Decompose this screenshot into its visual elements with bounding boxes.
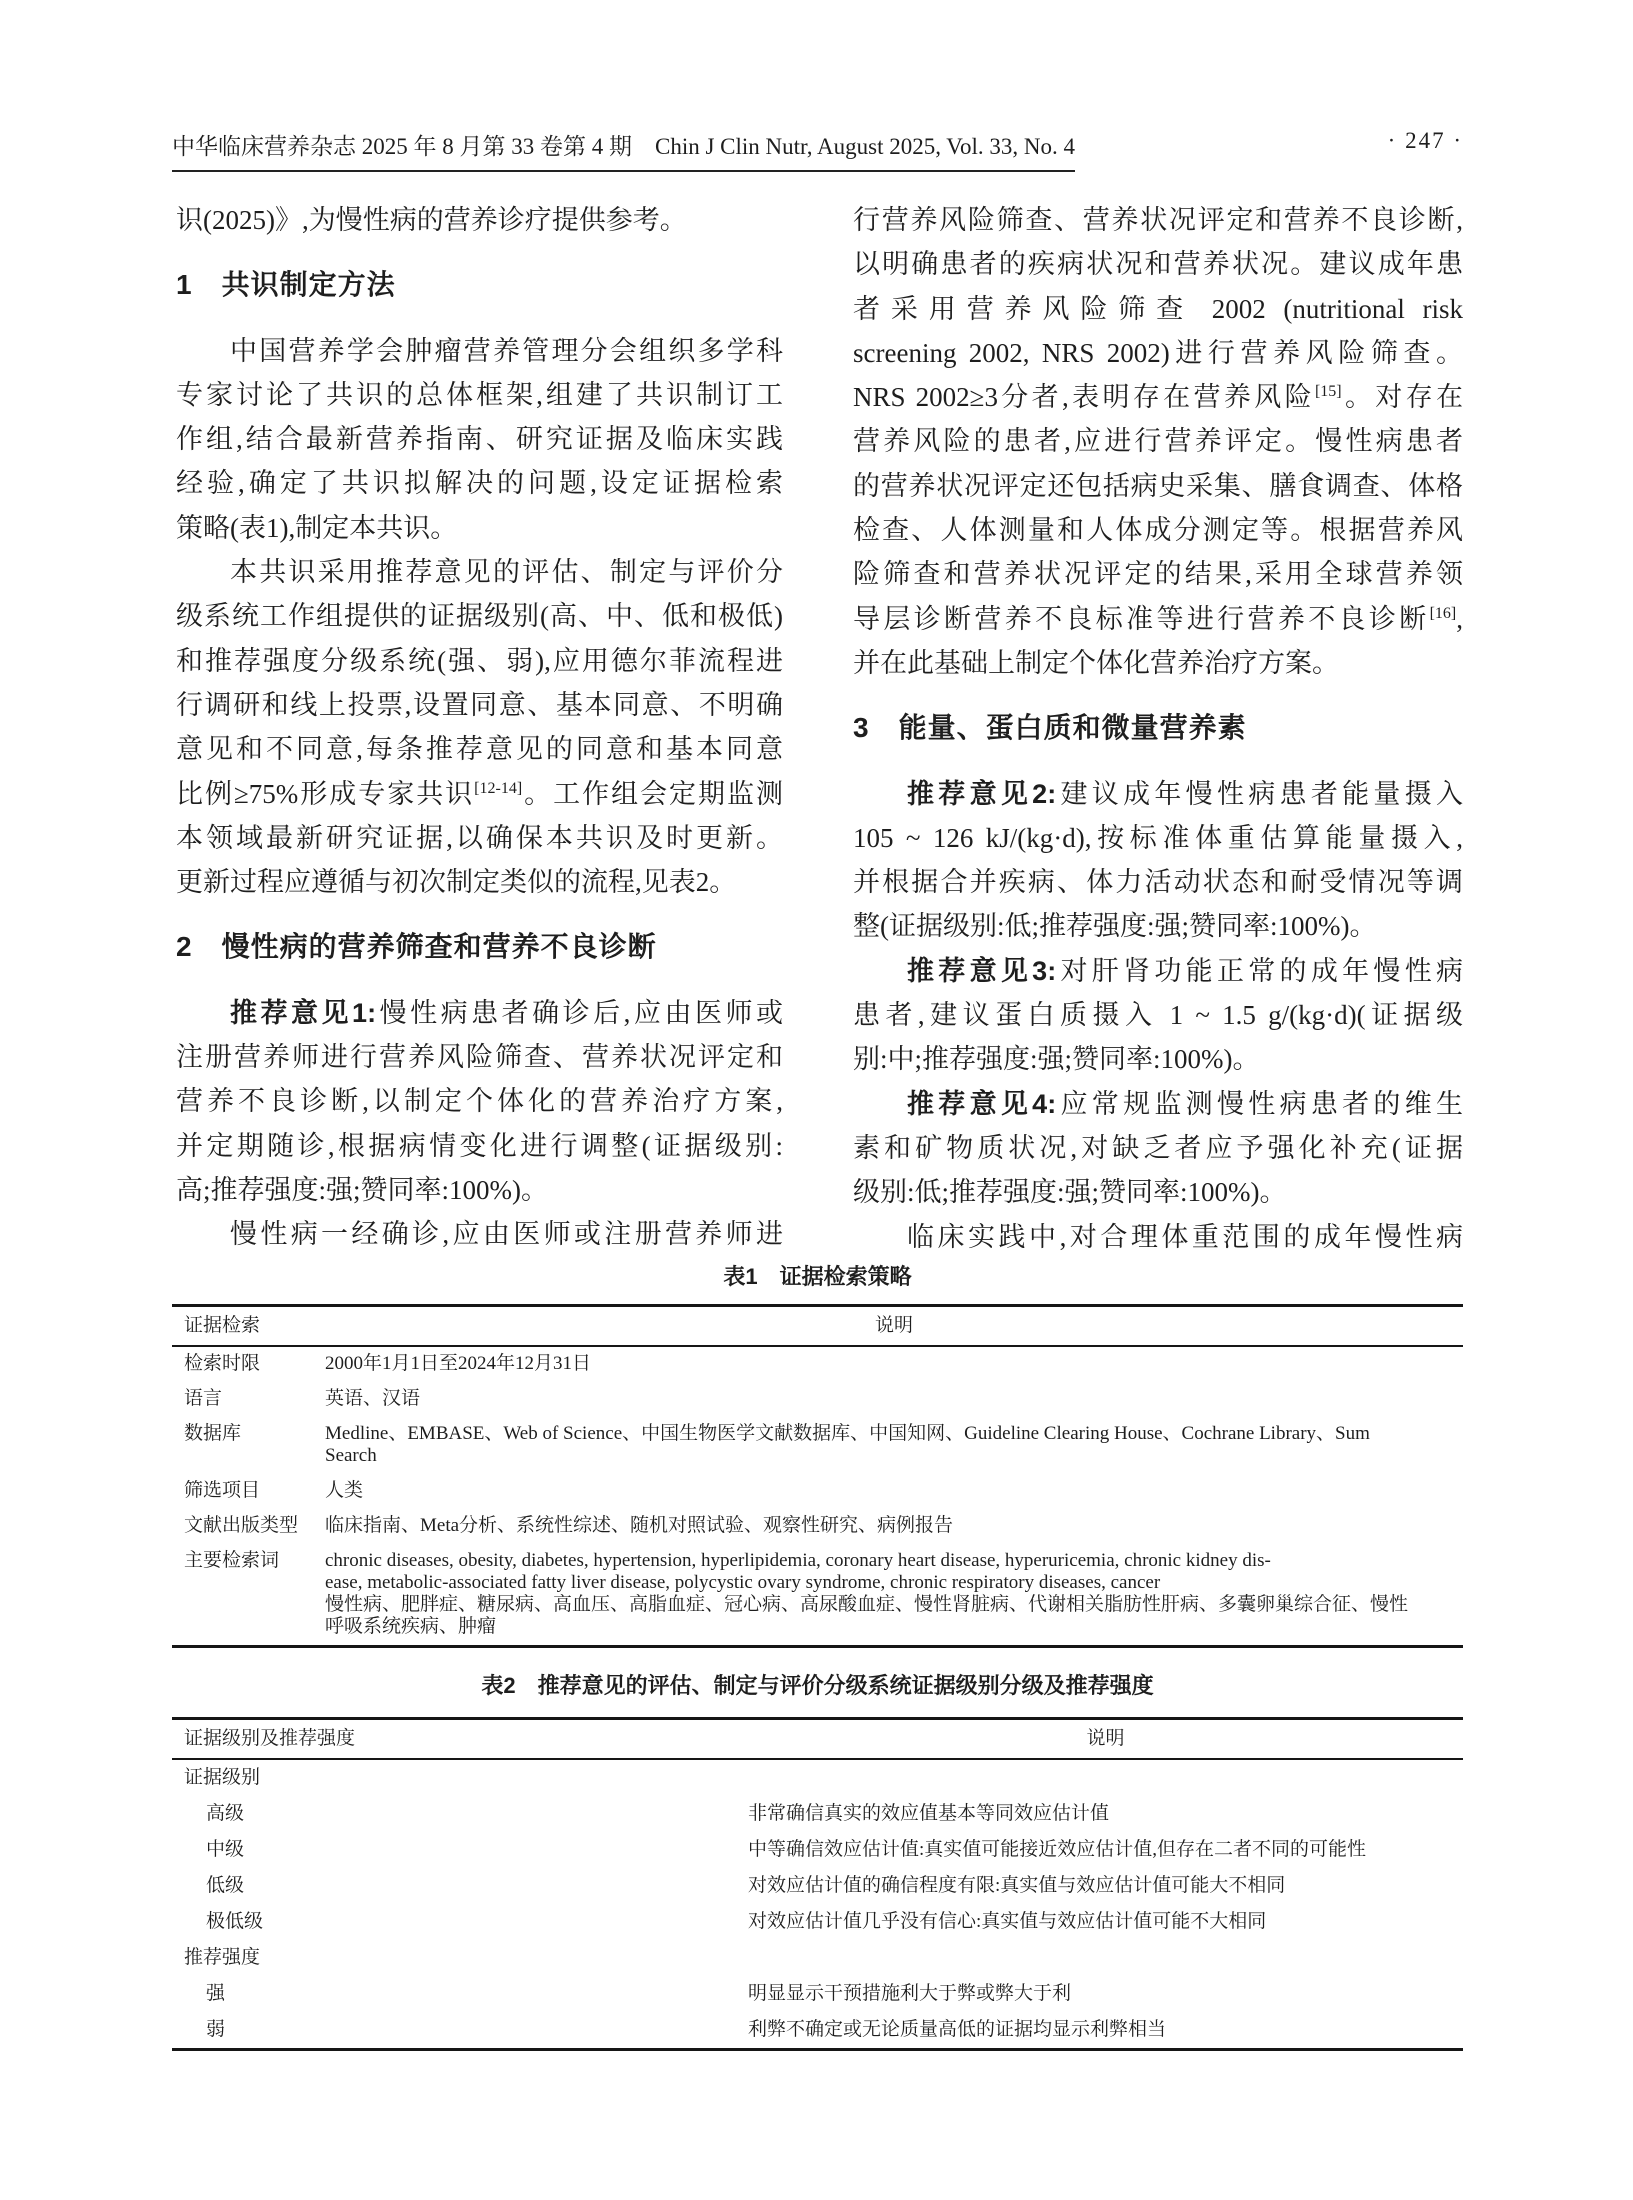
text-segment: 高;推荐强度:强;赞同率:100%)。 <box>176 1175 548 1205</box>
row-value: 中等确信效应估计值:真实值可能接近效应估计值,但存在二者不同的可能性 <box>748 1839 1463 1861</box>
text-segment: 策略(表1),制定本共识。 <box>176 513 457 543</box>
body-text-line: 素和矿物质状况,对缺乏者应予强化补充(证据 <box>853 1126 1463 1170</box>
body-text-line: screening 2002, NRS 2002)进行营养风险筛查。 <box>853 331 1463 375</box>
body-text-line: 行调研和线上投票,设置同意、基本同意、不明确 <box>176 683 783 727</box>
text-segment: 行调研和线上投票,设置同意、基本同意、不明确 <box>176 690 783 720</box>
body-text-line: 级系统工作组提供的证据级别(高、中、低和极低) <box>176 594 783 638</box>
row-value-line: ease, metabolic-associated fatty liver d… <box>325 1572 1463 1594</box>
body-text-line: 专家讨论了共识的总体框架,组建了共识制订工 <box>176 373 783 417</box>
row-value-line: 非常确信真实的效应值基本等同效应估计值 <box>748 1803 1463 1825</box>
citation-superscript: [16] <box>1430 605 1457 622</box>
body-text-line: 比例≥75%形成专家共识[12-14]。工作组会定期监测 <box>176 772 783 816</box>
text-segment: 2 慢性病的营养筛查和营养不良诊断 <box>176 931 657 962</box>
text-segment: 和推荐强度分级系统(强、弱),应用德尔菲流程进 <box>176 646 783 676</box>
body-text-line: 和推荐强度分级系统(强、弱),应用德尔菲流程进 <box>176 639 783 683</box>
body-text-line: 105 ~ 126 kJ/(kg·d),按标准体重估算能量摄入, <box>853 816 1463 860</box>
text-segment: 并定期随诊,根据病情变化进行调整(证据级别: <box>176 1131 783 1161</box>
body-text-line: 并根据合并疾病、体力活动状态和耐受情况等调 <box>853 860 1463 904</box>
body-text-line: 险筛查和营养状况评定的结果,采用全球营养领 <box>853 552 1463 596</box>
text-segment: 并根据合并疾病、体力活动状态和耐受情况等调 <box>853 867 1463 897</box>
table2-header-row: 证据级别及推荐强度 说明 <box>172 1720 1463 1760</box>
row-label: 数据库 <box>172 1423 325 1467</box>
text-segment: 作组,结合最新营养指南、研究证据及临床实践 <box>176 424 783 454</box>
body-text-line: 并定期随诊,根据病情变化进行调整(证据级别: <box>176 1124 783 1168</box>
text-segment: screening 2002, NRS 2002)进行营养风险筛查。 <box>853 338 1463 368</box>
row-value-line: 2000年1月1日至2024年12月31日 <box>325 1353 1463 1375</box>
table-row: 推荐强度 <box>172 1940 1463 1976</box>
row-group-label: 推荐强度 <box>172 1947 748 1969</box>
table-row: 主要检索词chronic diseases, obesity, diabetes… <box>172 1544 1463 1645</box>
row-group-label: 证据级别 <box>172 1767 748 1789</box>
row-label: 中级 <box>172 1839 748 1861</box>
text-segment: 建议成年慢性病患者能量摄入 <box>1056 779 1463 809</box>
table1-header-row: 证据检索 说明 <box>172 1307 1463 1347</box>
body-text-line: 行营养风险筛查、营养状况评定和营养不良诊断, <box>853 198 1463 242</box>
row-value-line: 临床指南、Meta分析、系统性综述、随机对照试验、观察性研究、病例报告 <box>325 1515 1463 1537</box>
text-segment: 中国营养学会肿瘤营养管理分会组织多学科 <box>230 336 783 366</box>
text-segment: 导层诊断营养不良标准等进行营养不良诊断 <box>853 604 1430 634</box>
row-value: 利弊不确定或无论质量高低的证据均显示利弊相当 <box>748 2019 1463 2041</box>
text-segment: 注册营养师进行营养风险筛查、营养状况评定和 <box>176 1042 783 1072</box>
text-segment: 营养不良诊断,以制定个体化的营养治疗方案, <box>176 1086 783 1116</box>
table-row: 弱利弊不确定或无论质量高低的证据均显示利弊相当 <box>172 2012 1463 2048</box>
text-segment: 比例≥75%形成专家共识 <box>176 779 474 809</box>
row-value-line: Search <box>325 1445 1463 1467</box>
table-row: 语言英语、汉语 <box>172 1382 1463 1417</box>
table-row: 强明显显示干预措施利大于弊或弊大于利 <box>172 1976 1463 2012</box>
text-segment: 并在此基础上制定个体化营养治疗方案。 <box>853 648 1339 678</box>
page-number: · 247 · <box>1388 128 1463 154</box>
body-text-line: 意见和不同意,每条推荐意见的同意和基本同意 <box>176 727 783 771</box>
text-segment: 整(证据级别:低;推荐强度:强;赞同率:100%)。 <box>853 911 1376 941</box>
row-value-line: 对效应估计值几乎没有信心:真实值与效应估计值可能不大相同 <box>748 1911 1463 1933</box>
text-segment: 3 能量、蛋白质和微量营养素 <box>853 712 1247 743</box>
row-value: 明显显示干预措施利大于弊或弊大于利 <box>748 1983 1463 2005</box>
row-value: Medline、EMBASE、Web of Science、中国生物医学文献数据… <box>325 1423 1463 1467</box>
row-label: 检索时限 <box>172 1353 325 1375</box>
text-segment: 临床实践中,对合理体重范围的成年慢性病 <box>907 1222 1463 1252</box>
body-text-line: 导层诊断营养不良标准等进行营养不良诊断[16], <box>853 597 1463 641</box>
row-value-line: 英语、汉语 <box>325 1388 1463 1410</box>
text-segment: 经验,确定了共识拟解决的问题,设定证据检索 <box>176 468 783 498</box>
text-segment: 检查、人体测量和人体成分测定等。根据营养风 <box>853 515 1463 545</box>
table2-body: 证据级别高级非常确信真实的效应值基本等同效应估计值中级中等确信效应估计值:真实值… <box>172 1760 1463 2048</box>
text-segment: 营养风险的患者,应进行营养评定。慢性病患者 <box>853 426 1463 456</box>
text-segment: 识(2025)》,为慢性病的营养诊疗提供参考。 <box>176 205 687 235</box>
body-text-line: 临床实践中,对合理体重范围的成年慢性病 <box>853 1215 1463 1259</box>
row-value-line: 利弊不确定或无论质量高低的证据均显示利弊相当 <box>748 2019 1463 2041</box>
text-segment: 级系统工作组提供的证据级别(高、中、低和极低) <box>176 601 783 631</box>
journal-page: 中华临床营养杂志 2025 年 8 月第 33 卷第 4 期 Chin J Cl… <box>0 0 1633 2200</box>
body-text-line: 检查、人体测量和人体成分测定等。根据营养风 <box>853 508 1463 552</box>
body-text-line: 营养风险的患者,应进行营养评定。慢性病患者 <box>853 419 1463 463</box>
right-text-column: 行营养风险筛查、营养状况评定和营养不良诊断,以明确患者的疾病状况和营养状况。建议… <box>853 198 1463 1259</box>
table1-body: 检索时限2000年1月1日至2024年12月31日语言英语、汉语数据库Medli… <box>172 1347 1463 1645</box>
row-value-line: 人类 <box>325 1480 1463 1502</box>
table-row: 筛选项目人类 <box>172 1474 1463 1509</box>
row-value-line: 中等确信效应估计值:真实值可能接近效应估计值,但存在二者不同的可能性 <box>748 1839 1463 1861</box>
text-segment: , <box>1456 604 1463 634</box>
body-text-line: 推荐意见3:对肝肾功能正常的成年慢性病 <box>853 949 1463 993</box>
text-segment: 对肝肾功能正常的成年慢性病 <box>1056 956 1463 986</box>
row-value: 人类 <box>325 1480 1463 1502</box>
row-value: 对效应估计值的确信程度有限:真实值与效应估计值可能大不相同 <box>748 1875 1463 1897</box>
body-text-line: 策略(表1),制定本共识。 <box>176 506 783 550</box>
left-text-column: 识(2025)》,为慢性病的营养诊疗提供参考。1 共识制定方法中国营养学会肿瘤营… <box>176 198 783 1257</box>
row-value: chronic diseases, obesity, diabetes, hyp… <box>325 1550 1463 1638</box>
text-segment: 专家讨论了共识的总体框架,组建了共识制订工 <box>176 380 783 410</box>
section-heading: 3 能量、蛋白质和微量营养素 <box>853 706 1463 750</box>
table2-col1-header: 证据级别及推荐强度 <box>172 1728 748 1750</box>
row-value: 对效应估计值几乎没有信心:真实值与效应估计值可能不大相同 <box>748 1911 1463 1933</box>
table-row: 证据级别 <box>172 1760 1463 1796</box>
row-label: 高级 <box>172 1803 748 1825</box>
table-2: 证据级别及推荐强度 说明 证据级别高级非常确信真实的效应值基本等同效应估计值中级… <box>172 1717 1463 2051</box>
table-row: 检索时限2000年1月1日至2024年12月31日 <box>172 1347 1463 1382</box>
body-text-line: NRS 2002≥3分者,表明存在营养风险[15]。对存在 <box>853 375 1463 419</box>
body-text-line: 本共识采用推荐意见的评估、制定与评价分 <box>176 550 783 594</box>
row-value-line: 慢性病、肥胖症、糖尿病、高血压、高脂血症、冠心病、高尿酸血症、慢性肾脏病、代谢相… <box>325 1594 1463 1616</box>
text-segment: 推荐意见2: <box>907 779 1056 809</box>
citation-superscript: [15] <box>1315 383 1342 400</box>
body-text-line: 的营养状况评定还包括病史采集、膳食调查、体格 <box>853 464 1463 508</box>
body-text-line: 者采用营养风险筛查 2002 (nutritional risk <box>853 287 1463 331</box>
body-text-line: 注册营养师进行营养风险筛查、营养状况评定和 <box>176 1035 783 1079</box>
body-text-line: 作组,结合最新营养指南、研究证据及临床实践 <box>176 417 783 461</box>
body-text-line: 本领域最新研究证据,以确保本共识及时更新。 <box>176 816 783 860</box>
journal-citation: 中华临床营养杂志 2025 年 8 月第 33 卷第 4 期 Chin J Cl… <box>172 128 1075 172</box>
body-text-line: 营养不良诊断,以制定个体化的营养治疗方案, <box>176 1079 783 1123</box>
body-text-line: 经验,确定了共识拟解决的问题,设定证据检索 <box>176 461 783 505</box>
row-value-line: 对效应估计值的确信程度有限:真实值与效应估计值可能大不相同 <box>748 1875 1463 1897</box>
table1-caption: 表1 证据检索策略 <box>172 1262 1463 1292</box>
table-row: 数据库Medline、EMBASE、Web of Science、中国生物医学文… <box>172 1417 1463 1474</box>
table1-col2-header: 说明 <box>325 1315 1463 1337</box>
table2-col2-header: 说明 <box>748 1728 1463 1750</box>
body-text-line: 中国营养学会肿瘤营养管理分会组织多学科 <box>176 329 783 373</box>
table-row: 低级对效应估计值的确信程度有限:真实值与效应估计值可能大不相同 <box>172 1868 1463 1904</box>
body-text-line: 高;推荐强度:强;赞同率:100%)。 <box>176 1168 783 1212</box>
body-text-line: 推荐意见2:建议成年慢性病患者能量摄入 <box>853 772 1463 816</box>
text-segment: 本领域最新研究证据,以确保本共识及时更新。 <box>176 823 783 853</box>
text-segment: 以明确患者的疾病状况和营养状况。建议成年患 <box>853 249 1463 279</box>
row-value <box>748 1947 1463 1969</box>
text-segment: 应常规监测慢性病患者的维生 <box>1056 1089 1463 1119</box>
body-text-line: 识(2025)》,为慢性病的营养诊疗提供参考。 <box>176 198 783 242</box>
body-text-line: 慢性病一经确诊,应由医师或注册营养师进 <box>176 1212 783 1256</box>
text-segment: 。工作组会定期监测 <box>522 779 783 809</box>
table-row: 文献出版类型临床指南、Meta分析、系统性综述、随机对照试验、观察性研究、病例报… <box>172 1509 1463 1544</box>
body-text-line: 患者,建议蛋白质摄入 1 ~ 1.5 g/(kg·d)(证据级 <box>853 993 1463 1037</box>
body-text-line: 以明确患者的疾病状况和营养状况。建议成年患 <box>853 242 1463 286</box>
body-text-line: 推荐意见1:慢性病患者确诊后,应由医师或 <box>176 991 783 1035</box>
page-header: 中华临床营养杂志 2025 年 8 月第 33 卷第 4 期 Chin J Cl… <box>172 128 1463 172</box>
row-value: 非常确信真实的效应值基本等同效应估计值 <box>748 1803 1463 1825</box>
text-segment: 级别:低;推荐强度:强;赞同率:100%)。 <box>853 1177 1287 1207</box>
text-segment: 患者,建议蛋白质摄入 1 ~ 1.5 g/(kg·d)(证据级 <box>853 1000 1463 1030</box>
row-label: 极低级 <box>172 1911 748 1933</box>
body-text-line: 整(证据级别:低;推荐强度:强;赞同率:100%)。 <box>853 904 1463 948</box>
text-segment: 105 ~ 126 kJ/(kg·d),按标准体重估算能量摄入, <box>853 823 1463 853</box>
text-segment: 更新过程应遵循与初次制定类似的流程,见表2。 <box>176 867 736 897</box>
row-value: 临床指南、Meta分析、系统性综述、随机对照试验、观察性研究、病例报告 <box>325 1515 1463 1537</box>
text-segment: 意见和不同意,每条推荐意见的同意和基本同意 <box>176 734 783 764</box>
body-text-line: 推荐意见4:应常规监测慢性病患者的维生 <box>853 1082 1463 1126</box>
body-text-line: 级别:低;推荐强度:强;赞同率:100%)。 <box>853 1170 1463 1214</box>
text-segment: 险筛查和营养状况评定的结果,采用全球营养领 <box>853 559 1463 589</box>
row-value-line: 呼吸系统疾病、肿瘤 <box>325 1616 1463 1638</box>
body-text-line: 并在此基础上制定个体化营养治疗方案。 <box>853 641 1463 685</box>
row-value-line: 明显显示干预措施利大于弊或弊大于利 <box>748 1983 1463 2005</box>
body-text-line: 更新过程应遵循与初次制定类似的流程,见表2。 <box>176 860 783 904</box>
section-heading: 1 共识制定方法 <box>176 263 783 307</box>
text-segment: 慢性病一经确诊,应由医师或注册营养师进 <box>230 1219 783 1249</box>
tables-area: 表1 证据检索策略 证据检索 说明 检索时限2000年1月1日至2024年12月… <box>172 1262 1463 2051</box>
row-label: 强 <box>172 1983 748 2005</box>
table-row: 高级非常确信真实的效应值基本等同效应估计值 <box>172 1796 1463 1832</box>
row-label: 筛选项目 <box>172 1480 325 1502</box>
row-label: 弱 <box>172 2019 748 2041</box>
row-label: 主要检索词 <box>172 1550 325 1638</box>
text-segment: NRS 2002≥3分者,表明存在营养风险 <box>853 382 1315 412</box>
section-heading: 2 慢性病的营养筛查和营养不良诊断 <box>176 925 783 969</box>
text-segment: 推荐意见3: <box>907 956 1056 986</box>
text-segment: 素和矿物质状况,对缺乏者应予强化补充(证据 <box>853 1133 1463 1163</box>
text-segment: 的营养状况评定还包括病史采集、膳食调查、体格 <box>853 471 1463 501</box>
body-text-line: 别:中;推荐强度:强;赞同率:100%)。 <box>853 1037 1463 1081</box>
row-value <box>748 1767 1463 1789</box>
table-row: 中级中等确信效应估计值:真实值可能接近效应估计值,但存在二者不同的可能性 <box>172 1832 1463 1868</box>
text-segment: 。对存在 <box>1342 382 1463 412</box>
text-segment: 推荐意见1: <box>230 998 376 1028</box>
text-segment: 推荐意见4: <box>907 1089 1056 1119</box>
table1-col1-header: 证据检索 <box>172 1315 325 1337</box>
text-segment: 别:中;推荐强度:强;赞同率:100%)。 <box>853 1044 1260 1074</box>
row-label: 语言 <box>172 1388 325 1410</box>
row-label: 文献出版类型 <box>172 1515 325 1537</box>
text-segment: 者采用营养风险筛查 2002 (nutritional risk <box>853 294 1463 324</box>
row-label: 低级 <box>172 1875 748 1897</box>
row-value-line: chronic diseases, obesity, diabetes, hyp… <box>325 1550 1463 1572</box>
row-value: 2000年1月1日至2024年12月31日 <box>325 1353 1463 1375</box>
text-segment: 行营养风险筛查、营养状况评定和营养不良诊断, <box>853 205 1463 235</box>
row-value-line: Medline、EMBASE、Web of Science、中国生物医学文献数据… <box>325 1423 1463 1445</box>
text-segment: 1 共识制定方法 <box>176 269 396 300</box>
row-value: 英语、汉语 <box>325 1388 1463 1410</box>
text-segment: 慢性病患者确诊后,应由医师或 <box>376 998 783 1028</box>
table-row: 极低级对效应估计值几乎没有信心:真实值与效应估计值可能不大相同 <box>172 1904 1463 1940</box>
table2-caption: 表2 推荐意见的评估、制定与评价分级系统证据级别分级及推荐强度 <box>172 1671 1463 1701</box>
text-segment: 本共识采用推荐意见的评估、制定与评价分 <box>230 557 783 587</box>
citation-superscript: [12-14] <box>474 780 522 797</box>
table-1: 证据检索 说明 检索时限2000年1月1日至2024年12月31日语言英语、汉语… <box>172 1304 1463 1648</box>
